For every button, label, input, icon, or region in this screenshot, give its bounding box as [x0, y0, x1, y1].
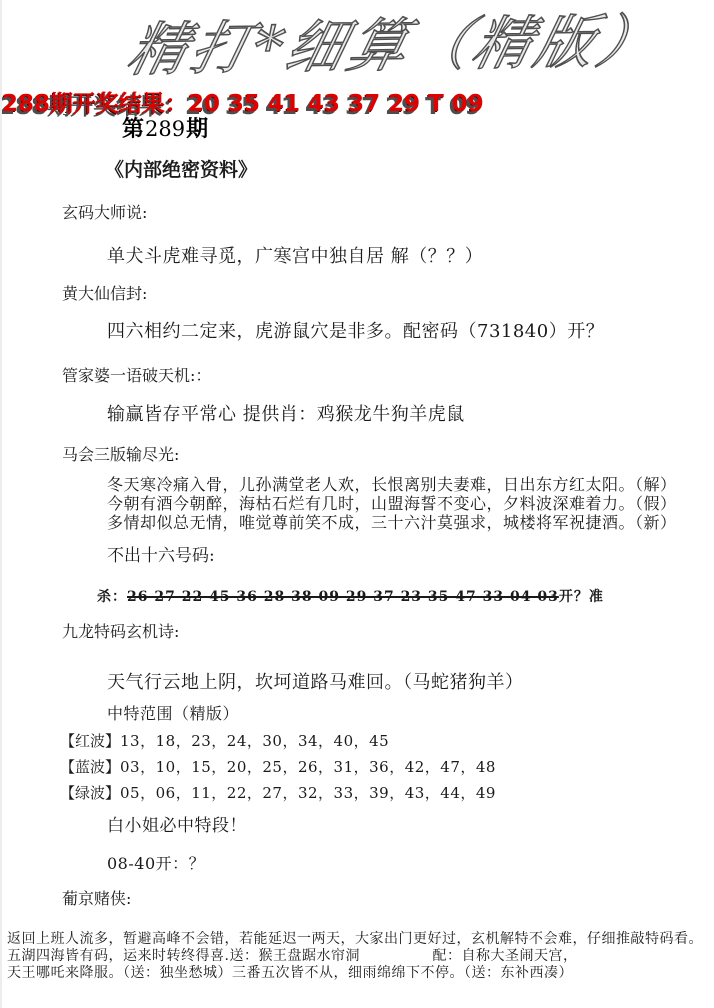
jiulong-riddle-line: 天气行云地上阴，坎坷道路马难回。（马蛇猪狗羊）	[107, 668, 714, 694]
footer-line-3: 天王哪吒来降服。（送：独坐愁城）三番五次皆不从，细雨绵绵下不停。（送：东补西凑）	[7, 965, 714, 982]
blue-wave-label: 【蓝波】	[60, 758, 120, 776]
section-label-guanjiapo: 管家婆一语破天机:：	[62, 363, 714, 386]
footer-line-1: 返回上班人流多，暂避高峰不会错，若能延迟一两天，大家出门更好过，玄机解特不会难，…	[7, 931, 714, 948]
secret-material-title: 《内部绝密资料》	[105, 155, 714, 182]
section-label-pujing: 葡京赌侠:	[62, 886, 714, 909]
huangdaxian-riddle-line: 四六相约二定来，虎游鼠穴是非多。配密码（731840）开？	[107, 317, 714, 343]
previous-draw-result: 288期开奖结果：20 35 41 43 37 29 T 09	[2, 85, 484, 118]
green-wave-numbers: 05，06，11，22，27，32，33，39，43，44，49	[120, 784, 496, 802]
footer-line-2: 五湖四海皆有码，运来时转终得喜.送：猴王盘踞水帘洞 配：自称大圣闹天宫，	[7, 948, 714, 965]
issue-number: 289	[144, 117, 186, 141]
poem-line-1: 冬天寒冷痛入骨，儿孙满堂老人欢，长恨离别夫妻难，日出东方红太阳。（解）	[107, 475, 714, 494]
footer-verses: 返回上班人流多，暂避高峰不会错，若能延迟一两天，大家出门更好过，玄机解特不会难，…	[7, 931, 714, 982]
masthead-sketch-title: 精打*细算（精版）	[120, 0, 714, 90]
red-wave-label: 【红波】	[60, 732, 120, 750]
baixiaojie-line: 白小姐必中特段！	[107, 811, 714, 836]
poem-line-3: 多情却似总无情，唯觉尊前笑不成，三十六汁莫强求，城楼将军祝捷酒。（新）	[107, 513, 714, 532]
section-label-huangdaxian: 黄大仙信封:	[62, 281, 714, 304]
poem-line-2: 今朝有酒今朝醉，海枯石烂有几时，山盟海誓不变心，夕料波深难着力。（假）	[107, 494, 714, 513]
killed-numbers-struck: 26 27 22 45 36 28 38 09 29 37 23 35 47 3…	[127, 589, 559, 605]
guanjiapo-riddle-line: 输赢皆存平常心 提供肖：鸡猴龙牛狗羊虎鼠	[107, 400, 714, 426]
killed-numbers-line: 杀：26 27 22 45 36 28 38 09 29 37 23 35 47…	[97, 586, 714, 606]
tip-sheet-page: 精打*细算（精版） 288期开奖结果：20 35 41 43 37 29 T 0…	[0, 0, 714, 1008]
blue-wave-row: 【蓝波】03，10，15，20，25，26，31，36，42，47，48	[60, 756, 714, 777]
open-range-line: 08-40开：？	[107, 851, 714, 874]
red-wave-numbers: 13，18，23，24，30，34，40，45	[120, 732, 389, 750]
special-range-label: 中特范围（精版）	[107, 701, 714, 724]
master-riddle-line: 单犬斗虎难寻觅，广寒宫中独自居 解（？？）	[107, 242, 714, 268]
document-body: 《内部绝密资料》 玄码大师说: 单犬斗虎难寻觅，广寒宫中独自居 解（？？） 黄大…	[2, 155, 714, 982]
green-wave-row: 【绿波】05，06，11，22，27，32，33，39，43，44，49	[60, 782, 714, 803]
green-wave-label: 【绿波】	[60, 784, 120, 802]
blue-wave-numbers: 03，10，15，20，25，26，31，36，42，47，48	[120, 758, 496, 776]
issue-suffix: 期	[186, 116, 208, 142]
section-label-master: 玄码大师说:	[62, 200, 714, 223]
current-issue-number: 第289期	[122, 112, 208, 143]
kill-prefix: 杀：	[97, 589, 127, 605]
red-wave-row: 【红波】13，18，23，24，30，34，40，45	[60, 730, 714, 751]
sixteen-numbers-label: 不出十六号码:	[107, 541, 714, 566]
kill-suffix: 开？准	[559, 589, 604, 605]
section-label-mahui: 马会三版输尽光:	[62, 442, 714, 465]
mahui-poem: 冬天寒冷痛入骨，儿孙满堂老人欢，长恨离别夫妻难，日出东方红太阳。（解） 今朝有酒…	[107, 475, 714, 532]
issue-prefix: 第	[122, 116, 144, 142]
section-label-jiulong: 九龙特码玄机诗:	[62, 619, 714, 642]
